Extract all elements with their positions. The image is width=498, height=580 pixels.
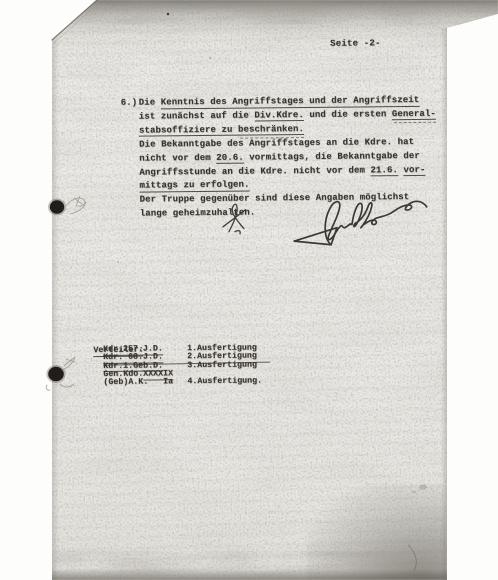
distribution-list: Kdr.257.J.D.1.AusfertigungKdr. 68.J.D.2.…	[103, 344, 262, 387]
paragraph-lines: Die Kenntnis des Angriffstages und der A…	[139, 94, 437, 222]
page-number-label: Seite -2-	[330, 38, 381, 48]
scanned-document-page: Seite -2- 6.) Die Kenntnis des Angriffst…	[0, 0, 498, 580]
typed-segment: (Geb)A.K. Ia	[103, 378, 173, 388]
distribution-addressee: (Geb)A.K. Ia	[103, 379, 187, 388]
paper-sheet: Seite -2- 6.) Die Kenntnis des Angriffst…	[0, 0, 498, 580]
paragraph-number: 6.)	[121, 97, 138, 111]
typed-segment: stabsoffiziere zu	[139, 124, 238, 136]
typed-segment: und die ersten	[304, 109, 392, 120]
typed-segment: Angriffsstunde an die Kdre. nicht vor de…	[139, 165, 370, 177]
typed-segment: General-	[392, 109, 436, 121]
typed-content: Seite -2- 6.) Die Kenntnis des Angriffst…	[0, 0, 498, 580]
typed-line: lange geheimzuhalten.	[140, 205, 437, 222]
typed-segment: 20.6.	[216, 152, 244, 164]
typed-segment: Div.Kdre.	[254, 110, 304, 122]
typed-segment: nicht vor dem	[139, 153, 216, 164]
order-paragraph: 6.) Die Kenntnis des Angriffstages und d…	[121, 94, 437, 222]
typed-segment: 21.6.	[370, 165, 398, 177]
typed-segment: ist zunächst auf die	[139, 110, 255, 121]
typed-segment: Kenntnis des Angriffstages und der Angri…	[161, 95, 420, 109]
typed-segment: vor-	[403, 164, 425, 176]
handwritten-marks	[0, 0, 498, 580]
distribution-row: (Geb)A.K. Ia4.Ausfertigung.	[103, 378, 262, 388]
distribution-copy-number: 4.Ausfertigung.	[187, 378, 262, 387]
typed-segment: Die Bekanntgabe des Angriffstages an die…	[139, 137, 414, 150]
typed-segment: beschränken.	[238, 124, 304, 136]
typed-segment: vormittags, die Bekanntgabe der	[244, 151, 420, 163]
typed-segment: mittags zu erfolgen.	[139, 180, 249, 193]
typed-line: ist zunächst auf die Div.Kdre. und die e…	[139, 108, 436, 125]
typed-segment: Die	[139, 97, 161, 107]
typed-segment: lange geheimzuhalten.	[140, 208, 256, 219]
typed-segment: Der Truppe gegenüber sind diese Angaben …	[140, 192, 410, 205]
